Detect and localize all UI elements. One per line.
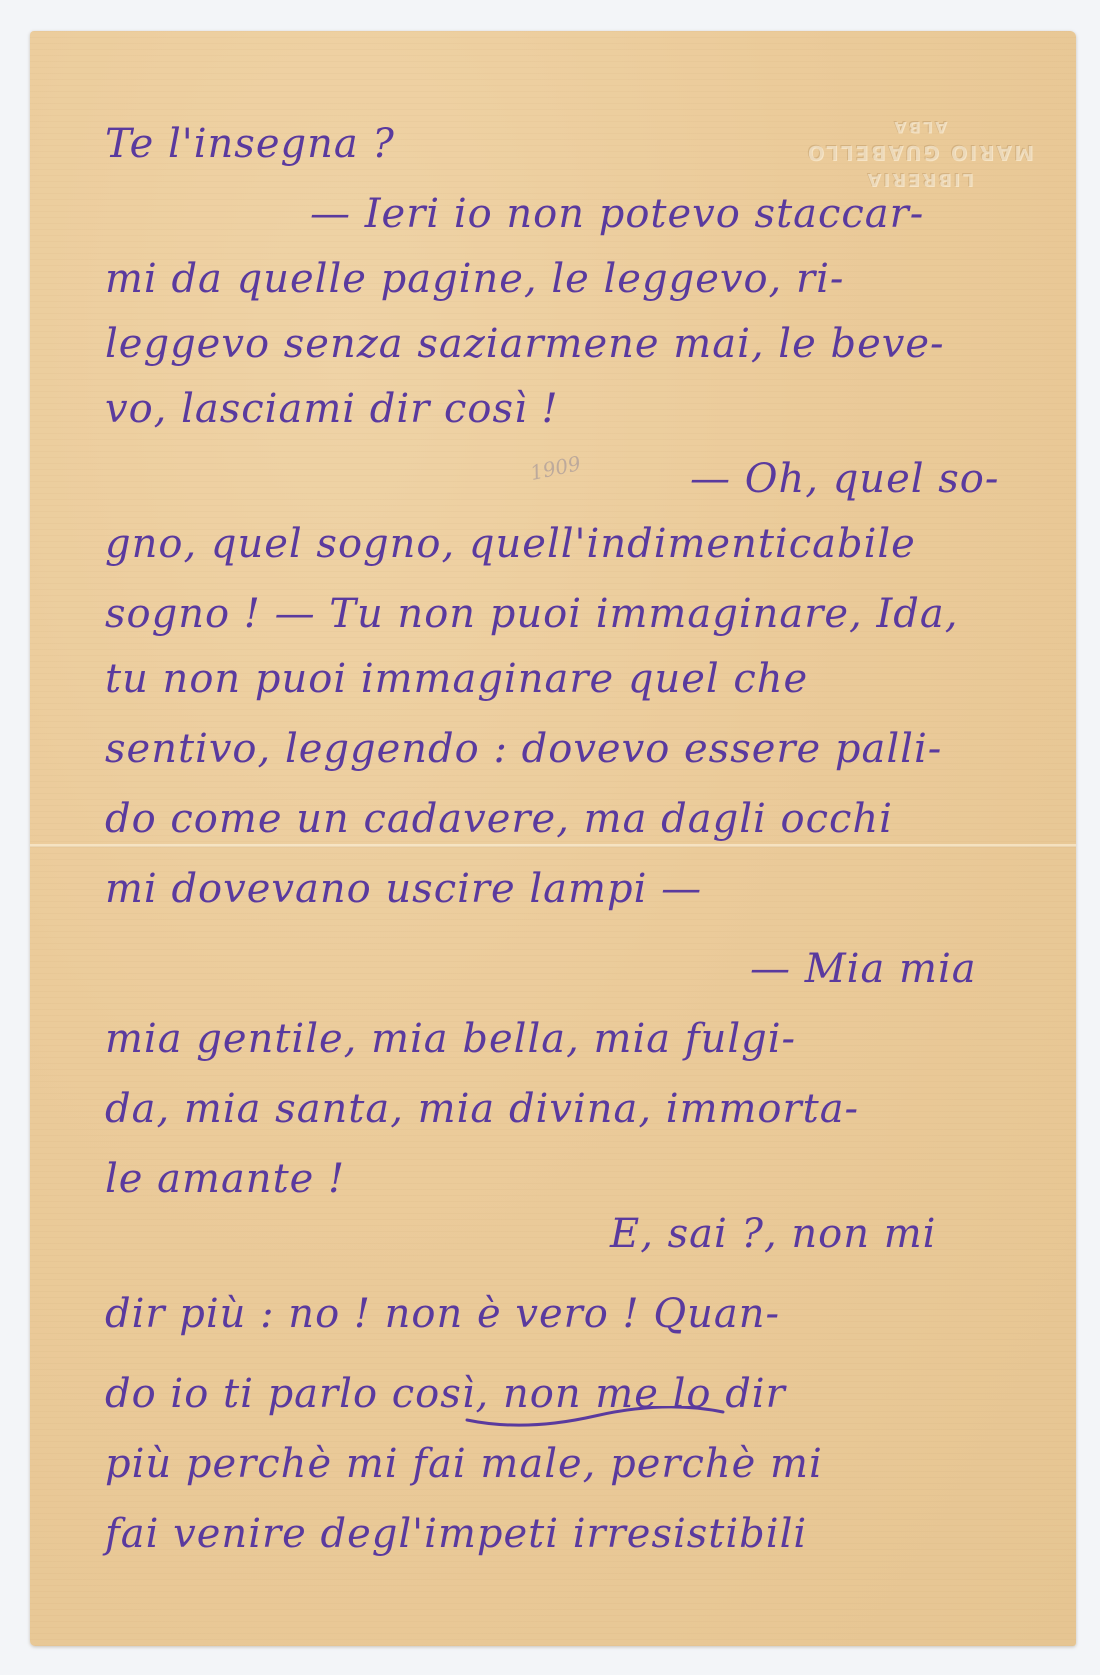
wavy-underline bbox=[465, 1406, 725, 1430]
handwritten-line: le amante ! bbox=[105, 1156, 345, 1202]
handwritten-line: gno, quel sogno, quell'indimenticabile bbox=[105, 521, 916, 567]
embossed-bookseller-stamp: LIBRERIA MARIO GUABELLO ALBA bbox=[790, 86, 1050, 196]
handwritten-line: tu non puoi immaginare quel che bbox=[105, 656, 808, 702]
handwritten-line: leggevo senza saziarmene mai, le beve- bbox=[105, 321, 945, 367]
handwritten-line: più perchè mi fai male, perchè mi bbox=[105, 1441, 823, 1487]
handwritten-line: — Ieri io non potevo staccar- bbox=[310, 191, 924, 237]
stamp-line-1: LIBRERIA bbox=[790, 169, 1050, 190]
handwritten-line: E, sai ?, non mi bbox=[610, 1211, 936, 1257]
handwritten-line: fai venire degl'impeti irresistibili bbox=[105, 1511, 807, 1557]
handwritten-line: — Oh, quel so- bbox=[690, 456, 999, 502]
handwritten-line: mi dovevano uscire lampi — bbox=[105, 866, 702, 912]
pencil-annotation: 1909 bbox=[528, 451, 583, 485]
handwritten-line: sentivo, leggendo : dovevo essere palli- bbox=[105, 726, 942, 772]
handwritten-line: mia gentile, mia bella, mia fulgi- bbox=[105, 1016, 796, 1062]
handwritten-line: mi da quelle pagine, le leggevo, ri- bbox=[105, 256, 844, 302]
handwritten-line: Te l'insegna ? bbox=[105, 121, 395, 167]
handwritten-line: — Mia mia bbox=[750, 946, 977, 992]
handwritten-line: vo, lasciami dir così ! bbox=[105, 386, 559, 432]
stamp-line-3: ALBA bbox=[790, 118, 1050, 137]
handwritten-line: sogno ! — Tu non puoi immaginare, Ida, bbox=[105, 591, 958, 637]
handwritten-line: do come un cadavere, ma dagli occhi bbox=[105, 796, 893, 842]
letter-paper: LIBRERIA MARIO GUABELLO ALBA 1909 Te l'i… bbox=[30, 31, 1076, 1646]
paper-fold-crease bbox=[30, 844, 1076, 847]
handwritten-line: da, mia santa, mia divina, immorta- bbox=[105, 1086, 859, 1132]
stamp-line-2: MARIO GUABELLO bbox=[790, 141, 1050, 165]
handwritten-line: dir più : no ! non è vero ! Quan- bbox=[105, 1291, 780, 1337]
